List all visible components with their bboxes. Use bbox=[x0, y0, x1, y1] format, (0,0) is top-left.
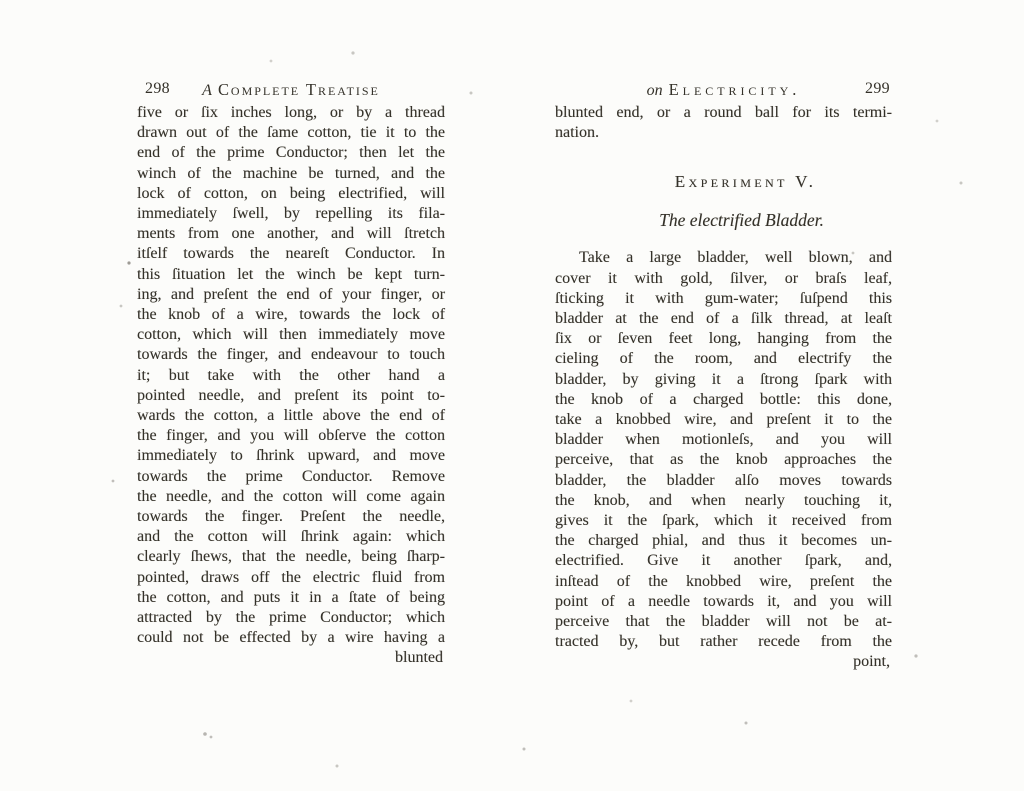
right-page-number: 299 bbox=[865, 80, 890, 98]
left-running-header: 298 AComplete Treatise bbox=[137, 80, 445, 102]
right-page-body: Take a large bladder, well blown, and co… bbox=[555, 248, 892, 652]
experiment-heading: Experiment V. bbox=[577, 172, 914, 192]
left-running-title-text: Complete Treatise bbox=[218, 80, 380, 99]
right-running-title-text: Electricity. bbox=[669, 80, 801, 99]
left-page-catchword: blunted bbox=[137, 648, 445, 668]
right-running-title: onElectricity. bbox=[555, 80, 892, 100]
scan-speckles bbox=[0, 0, 2, 2]
right-running-title-prefix: on bbox=[647, 82, 663, 99]
right-page-intro-paragraph: blunted end, or a round ball for its ter… bbox=[555, 103, 892, 143]
page-left: 298 AComplete Treatise five or ſix inche… bbox=[137, 80, 445, 669]
left-page-number: 298 bbox=[145, 80, 170, 98]
left-running-title-prefix: A bbox=[202, 82, 212, 99]
page-right: onElectricity. 299 blunted end, or a rou… bbox=[555, 80, 892, 673]
right-running-header: onElectricity. 299 bbox=[555, 80, 892, 102]
left-running-title: AComplete Treatise bbox=[137, 80, 445, 100]
left-page-body: five or ſix inches long, or by a thread … bbox=[137, 103, 445, 648]
book-scan: 298 AComplete Treatise five or ſix inche… bbox=[0, 0, 1024, 791]
right-page-catchword: point, bbox=[555, 652, 892, 672]
experiment-subtitle: The electrified Bladder. bbox=[573, 210, 910, 231]
